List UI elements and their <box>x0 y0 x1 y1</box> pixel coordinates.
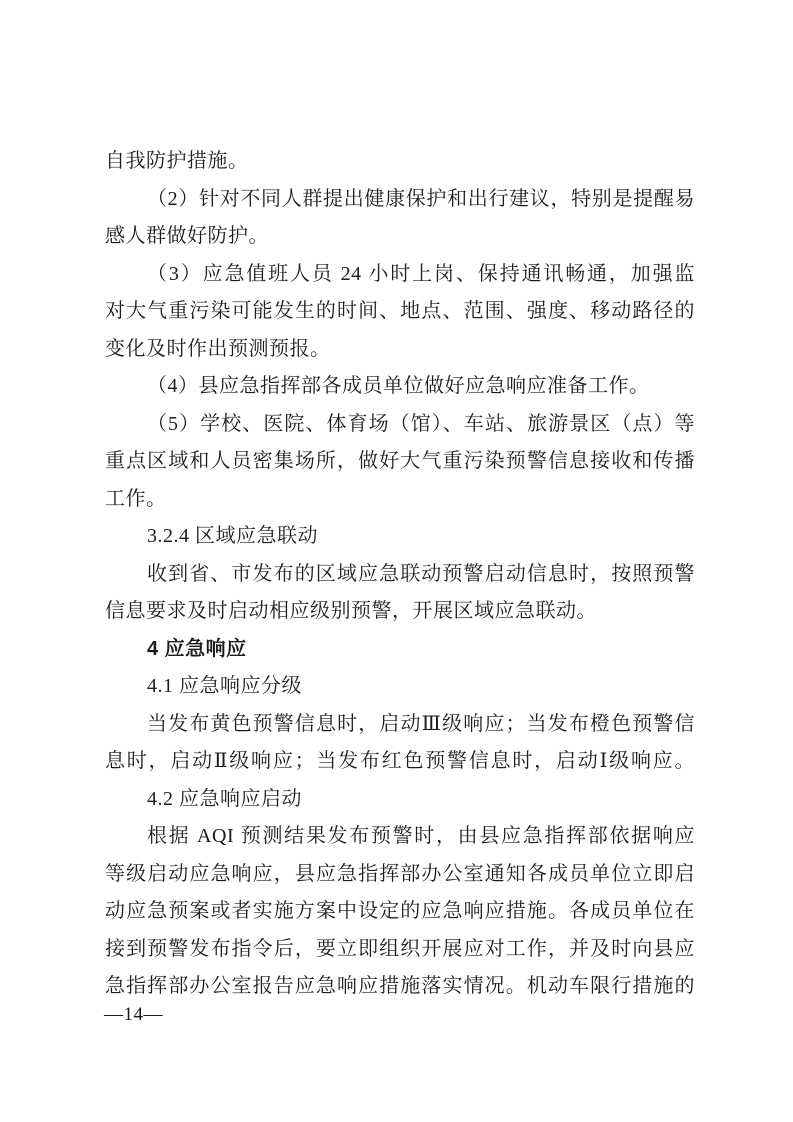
text-line: 工作。 <box>105 481 695 519</box>
paragraph: 当发布黄色预警信息时，启动Ⅲ级响应；当发布橙色预警信息时，启动Ⅱ级响应；当发布红… <box>105 706 695 781</box>
section-heading: 4 应急响应 <box>105 631 695 669</box>
paragraph: （5）学校、医院、体育场（馆）、车站、旅游景区（点）等重点区域和人员密集场所，做… <box>105 406 695 519</box>
text-line: 变化及时作出预测预报。 <box>105 331 695 369</box>
text-line: （4）县应急指挥部各成员单位做好应急响应准备工作。 <box>105 368 695 406</box>
text-line: 自我防护措施。 <box>105 143 695 181</box>
text-line: 当发布黄色预警信息时，启动Ⅲ级响应；当发布橙色预警信 <box>105 706 695 744</box>
text-line: 根据 AQI 预测结果发布预警时，由县应急指挥部依据响应 <box>105 818 695 856</box>
text-line: 重点区域和人员密集场所，做好大气重污染预警信息接收和传播 <box>105 443 695 481</box>
text-line: 收到省、市发布的区域应急联动预警启动信息时，按照预警 <box>105 556 695 594</box>
text-line: 4.2 应急响应启动 <box>105 781 695 819</box>
text-line: 3.2.4 区域应急联动 <box>105 518 695 556</box>
text-line: （3）应急值班人员 24 小时上岗、保持通讯畅通，加强监控， <box>105 256 695 294</box>
text-line: 4.1 应急响应分级 <box>105 668 695 706</box>
paragraph: 根据 AQI 预测结果发布预警时，由县应急指挥部依据响应等级启动应急响应，县应急… <box>105 818 695 1006</box>
text-line: 等级启动应急响应，县应急指挥部办公室通知各成员单位立即启 <box>105 856 695 894</box>
text-line: 接到预警发布指令后，要立即组织开展应对工作，并及时向县应 <box>105 931 695 969</box>
paragraph: （4）县应急指挥部各成员单位做好应急响应准备工作。 <box>105 368 695 406</box>
document-page: 自我防护措施。（2）针对不同人群提出健康保护和出行建议，特别是提醒易感人群做好防… <box>0 0 793 1122</box>
text-line: 信息要求及时启动相应级别预警，开展区域应急联动。 <box>105 593 695 631</box>
paragraph: （2）针对不同人群提出健康保护和出行建议，特别是提醒易感人群做好防护。 <box>105 181 695 256</box>
page-number: —14— <box>104 1002 163 1028</box>
text-line: 感人群做好防护。 <box>105 218 695 256</box>
text-line: （2）针对不同人群提出健康保护和出行建议，特别是提醒易 <box>105 181 695 219</box>
paragraph: 自我防护措施。 <box>105 143 695 181</box>
subsection-heading: 3.2.4 区域应急联动 <box>105 518 695 556</box>
text-line: 息时，启动Ⅱ级响应；当发布红色预警信息时，启动Ⅰ级响应。 <box>105 743 695 781</box>
document-body: 自我防护措施。（2）针对不同人群提出健康保护和出行建议，特别是提醒易感人群做好防… <box>105 143 695 1006</box>
text-line: 对大气重污染可能发生的时间、地点、范围、强度、移动路径的 <box>105 293 695 331</box>
paragraph: 收到省、市发布的区域应急联动预警启动信息时，按照预警信息要求及时启动相应级别预警… <box>105 556 695 631</box>
text-line: 动应急预案或者实施方案中设定的应急响应措施。各成员单位在 <box>105 893 695 931</box>
subsection-heading: 4.1 应急响应分级 <box>105 668 695 706</box>
paragraph: （3）应急值班人员 24 小时上岗、保持通讯畅通，加强监控，对大气重污染可能发生… <box>105 256 695 369</box>
subsection-heading: 4.2 应急响应启动 <box>105 781 695 819</box>
text-line: 急指挥部办公室报告应急响应措施落实情况。机动车限行措施的 <box>105 968 695 1006</box>
text-line: 4 应急响应 <box>105 631 695 669</box>
text-line: （5）学校、医院、体育场（馆）、车站、旅游景区（点）等 <box>105 406 695 444</box>
